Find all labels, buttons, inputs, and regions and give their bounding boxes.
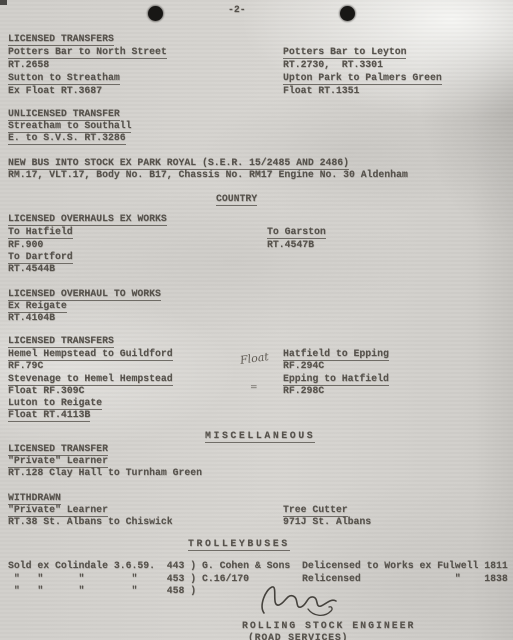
stock-number: RF.294C xyxy=(283,360,324,371)
scan-corner-artifact xyxy=(0,0,7,5)
scanned-document-page: -2- LICENSED TRANSFERS Potters Bar to No… xyxy=(0,0,513,640)
route-label: Hatfield to Epping xyxy=(283,348,389,361)
section-heading: LICENSED OVERHAUL TO WORKS xyxy=(8,288,161,301)
stock-number: RT.4547B xyxy=(267,239,314,250)
route-label: Luton to Reigate xyxy=(8,397,102,410)
sub-heading: "Private" Learner xyxy=(8,455,108,468)
stock-number: Float RT.4113B xyxy=(8,409,90,422)
handwritten-ditto-mark: = xyxy=(250,383,258,393)
route-label: To Dartford xyxy=(8,251,73,264)
stock-number: RT.2658 xyxy=(8,59,49,70)
route-label: Streatham to Southall xyxy=(8,120,131,133)
stock-number: RF.298C xyxy=(283,385,324,396)
stock-number: RT.4544B xyxy=(8,263,55,274)
route-label: Hemel Hempstead to Guildford xyxy=(8,348,173,361)
trolleybus-sale-row: Sold ex Colindale 3.6.59. 443 ) G. Cohen… xyxy=(8,560,508,571)
stock-number: Float RT.1351 xyxy=(283,85,359,96)
withdrawn-detail: 971J St. Albans xyxy=(283,516,371,527)
punch-hole-right xyxy=(340,6,355,21)
section-heading: WITHDRAWN xyxy=(8,492,61,505)
stock-number: E. to S.V.S. RT.3286 xyxy=(8,132,126,145)
sub-heading: Tree Cutter xyxy=(283,504,348,517)
bus-detail: RM.17, VLT.17, Body No. B17, Chassis No.… xyxy=(8,169,408,180)
stock-number: RT.2730, RT.3301 xyxy=(283,59,383,70)
trolleybuses-heading: TROLLEYBUSES xyxy=(188,538,290,551)
section-heading: UNLICENSED TRANSFER xyxy=(8,108,120,121)
signature-handwriting xyxy=(248,582,353,620)
route-label: Potters Bar to North Street xyxy=(8,46,167,59)
withdrawn-detail: RT.38 St. Albans to Chiswick xyxy=(8,516,173,527)
stock-number: Ex Float RT.3687 xyxy=(8,85,102,96)
footer-subtitle: (ROAD SERVICES) xyxy=(248,632,348,640)
page-number: -2- xyxy=(228,4,246,15)
stock-number: RF.900 xyxy=(8,239,43,250)
stock-number: Float RF.309C xyxy=(8,385,84,396)
stock-number: RF.79C xyxy=(8,360,43,371)
section-heading: LICENSED TRANSFERS xyxy=(8,33,114,46)
route-label: To Hatfield xyxy=(8,226,73,239)
section-heading: LICENSED OVERHAULS EX WORKS xyxy=(8,213,167,226)
sub-heading: "Private" Learner xyxy=(8,504,108,517)
handwritten-float-note: Float xyxy=(239,350,269,367)
transfer-detail: RT.128 Clay Hall to Turnham Green xyxy=(8,467,202,478)
punch-hole-left xyxy=(148,6,163,21)
section-heading: LICENSED TRANSFER xyxy=(8,443,108,456)
route-label: Upton Park to Palmers Green xyxy=(283,72,442,85)
stock-number: RT.4104B xyxy=(8,312,55,323)
section-heading: LICENSED TRANSFERS xyxy=(8,335,114,348)
country-heading: COUNTRY xyxy=(216,193,257,206)
route-label: Epping to Hatfield xyxy=(283,373,389,386)
route-label: To Garston xyxy=(267,226,326,239)
route-label: Sutton to Streatham xyxy=(8,72,120,85)
section-heading: NEW BUS INTO STOCK EX PARK ROYAL (S.E.R.… xyxy=(8,157,349,170)
route-label: Ex Reigate xyxy=(8,300,67,313)
miscellaneous-heading: MISCELLANEOUS xyxy=(205,430,315,443)
route-label: Potters Bar to Leyton xyxy=(283,46,406,59)
route-label: Stevenage to Hemel Hempstead xyxy=(8,373,173,386)
trolleybus-sale-row: " " " " 458 ) xyxy=(8,585,196,596)
footer-title: ROLLING STOCK ENGINEER xyxy=(242,620,415,631)
